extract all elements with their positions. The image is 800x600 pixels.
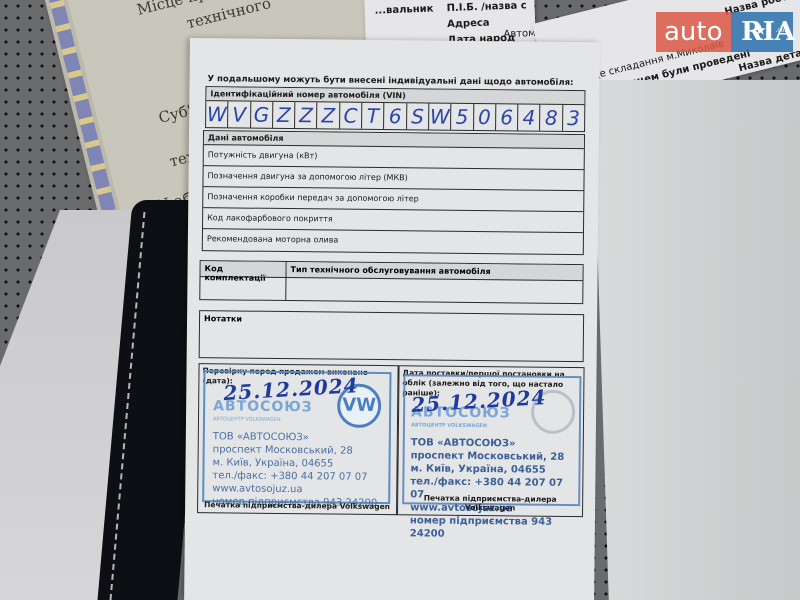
delivery-stamp-footer: Печатка підприємства-дилера Volkswagen xyxy=(398,493,582,513)
stamp-line: номер підприємства 943 24200 xyxy=(410,514,572,542)
vin-box: Ідентифікаційний номер автомобіля (VIN) … xyxy=(205,86,585,132)
vin-char-cell: T xyxy=(362,103,385,129)
top-form-label: ...вальник xyxy=(374,4,433,17)
vin-char-cell: Z xyxy=(318,102,341,128)
equipment-code-value xyxy=(200,277,286,300)
equipment-code-label: Код комплектації xyxy=(200,261,286,278)
equipment-service-table: Код комплектації Тип технічного обслугов… xyxy=(199,260,583,304)
vin-char-cell: Z xyxy=(295,102,318,128)
vin-char-cell: C xyxy=(340,103,363,129)
vin-char-cell: 4 xyxy=(518,104,541,130)
vehicle-data-box: Дані автомобіля Потужність двигуна (кВт)… xyxy=(202,130,585,255)
watermark-auto: auto xyxy=(656,12,731,52)
vin-char-cell: W xyxy=(206,101,229,127)
notes-box: Нотатки xyxy=(199,310,584,362)
cert-line: технічного xyxy=(185,0,273,32)
vin-char-cell: 5 xyxy=(451,104,474,130)
vin-char-cell: 0 xyxy=(474,104,497,130)
vin-char-cell: 3 xyxy=(563,105,585,131)
top-form-label: П.І.Б. /назва с xyxy=(446,0,527,14)
vin-char-cell: Z xyxy=(273,102,296,128)
service-book-page: У подальшому можуть бути внесені індивід… xyxy=(184,38,600,600)
field-engine-oil: Рекомендована моторна олива xyxy=(203,229,583,254)
vin-char-cell: 6 xyxy=(384,103,407,129)
vin-char-cell: S xyxy=(407,103,430,129)
watermark-suffix: .com xyxy=(775,11,790,51)
service-type-value xyxy=(286,278,582,303)
vin-char-cell: V xyxy=(228,101,251,127)
pre-sale-check-box: Перевірку перед продажем виконано (дата)… xyxy=(197,363,399,515)
vin-char-cell: 6 xyxy=(496,104,519,130)
top-form-label: Адреса xyxy=(447,18,490,30)
watermark-ria: ★ RIA .com xyxy=(731,12,793,52)
vin-char-cell: G xyxy=(251,102,274,128)
top-form-label: Автом xyxy=(503,28,536,40)
vin-char-cell: 8 xyxy=(541,105,564,131)
delivery-date-box: Дата поставки/першої постановки на облік… xyxy=(397,365,585,517)
notes-label: Нотатки xyxy=(200,311,583,330)
star-icon: ★ xyxy=(755,10,766,50)
pre-sale-stamp-footer: Печатка підприємства-дилера Volkswagen xyxy=(198,500,396,511)
right-blank-page xyxy=(592,80,800,600)
autoria-watermark: auto ★ RIA .com xyxy=(656,12,793,52)
vin-char-cell: W xyxy=(429,104,452,130)
vin-cells: WVGZZZCT6SW506483 xyxy=(206,101,584,131)
